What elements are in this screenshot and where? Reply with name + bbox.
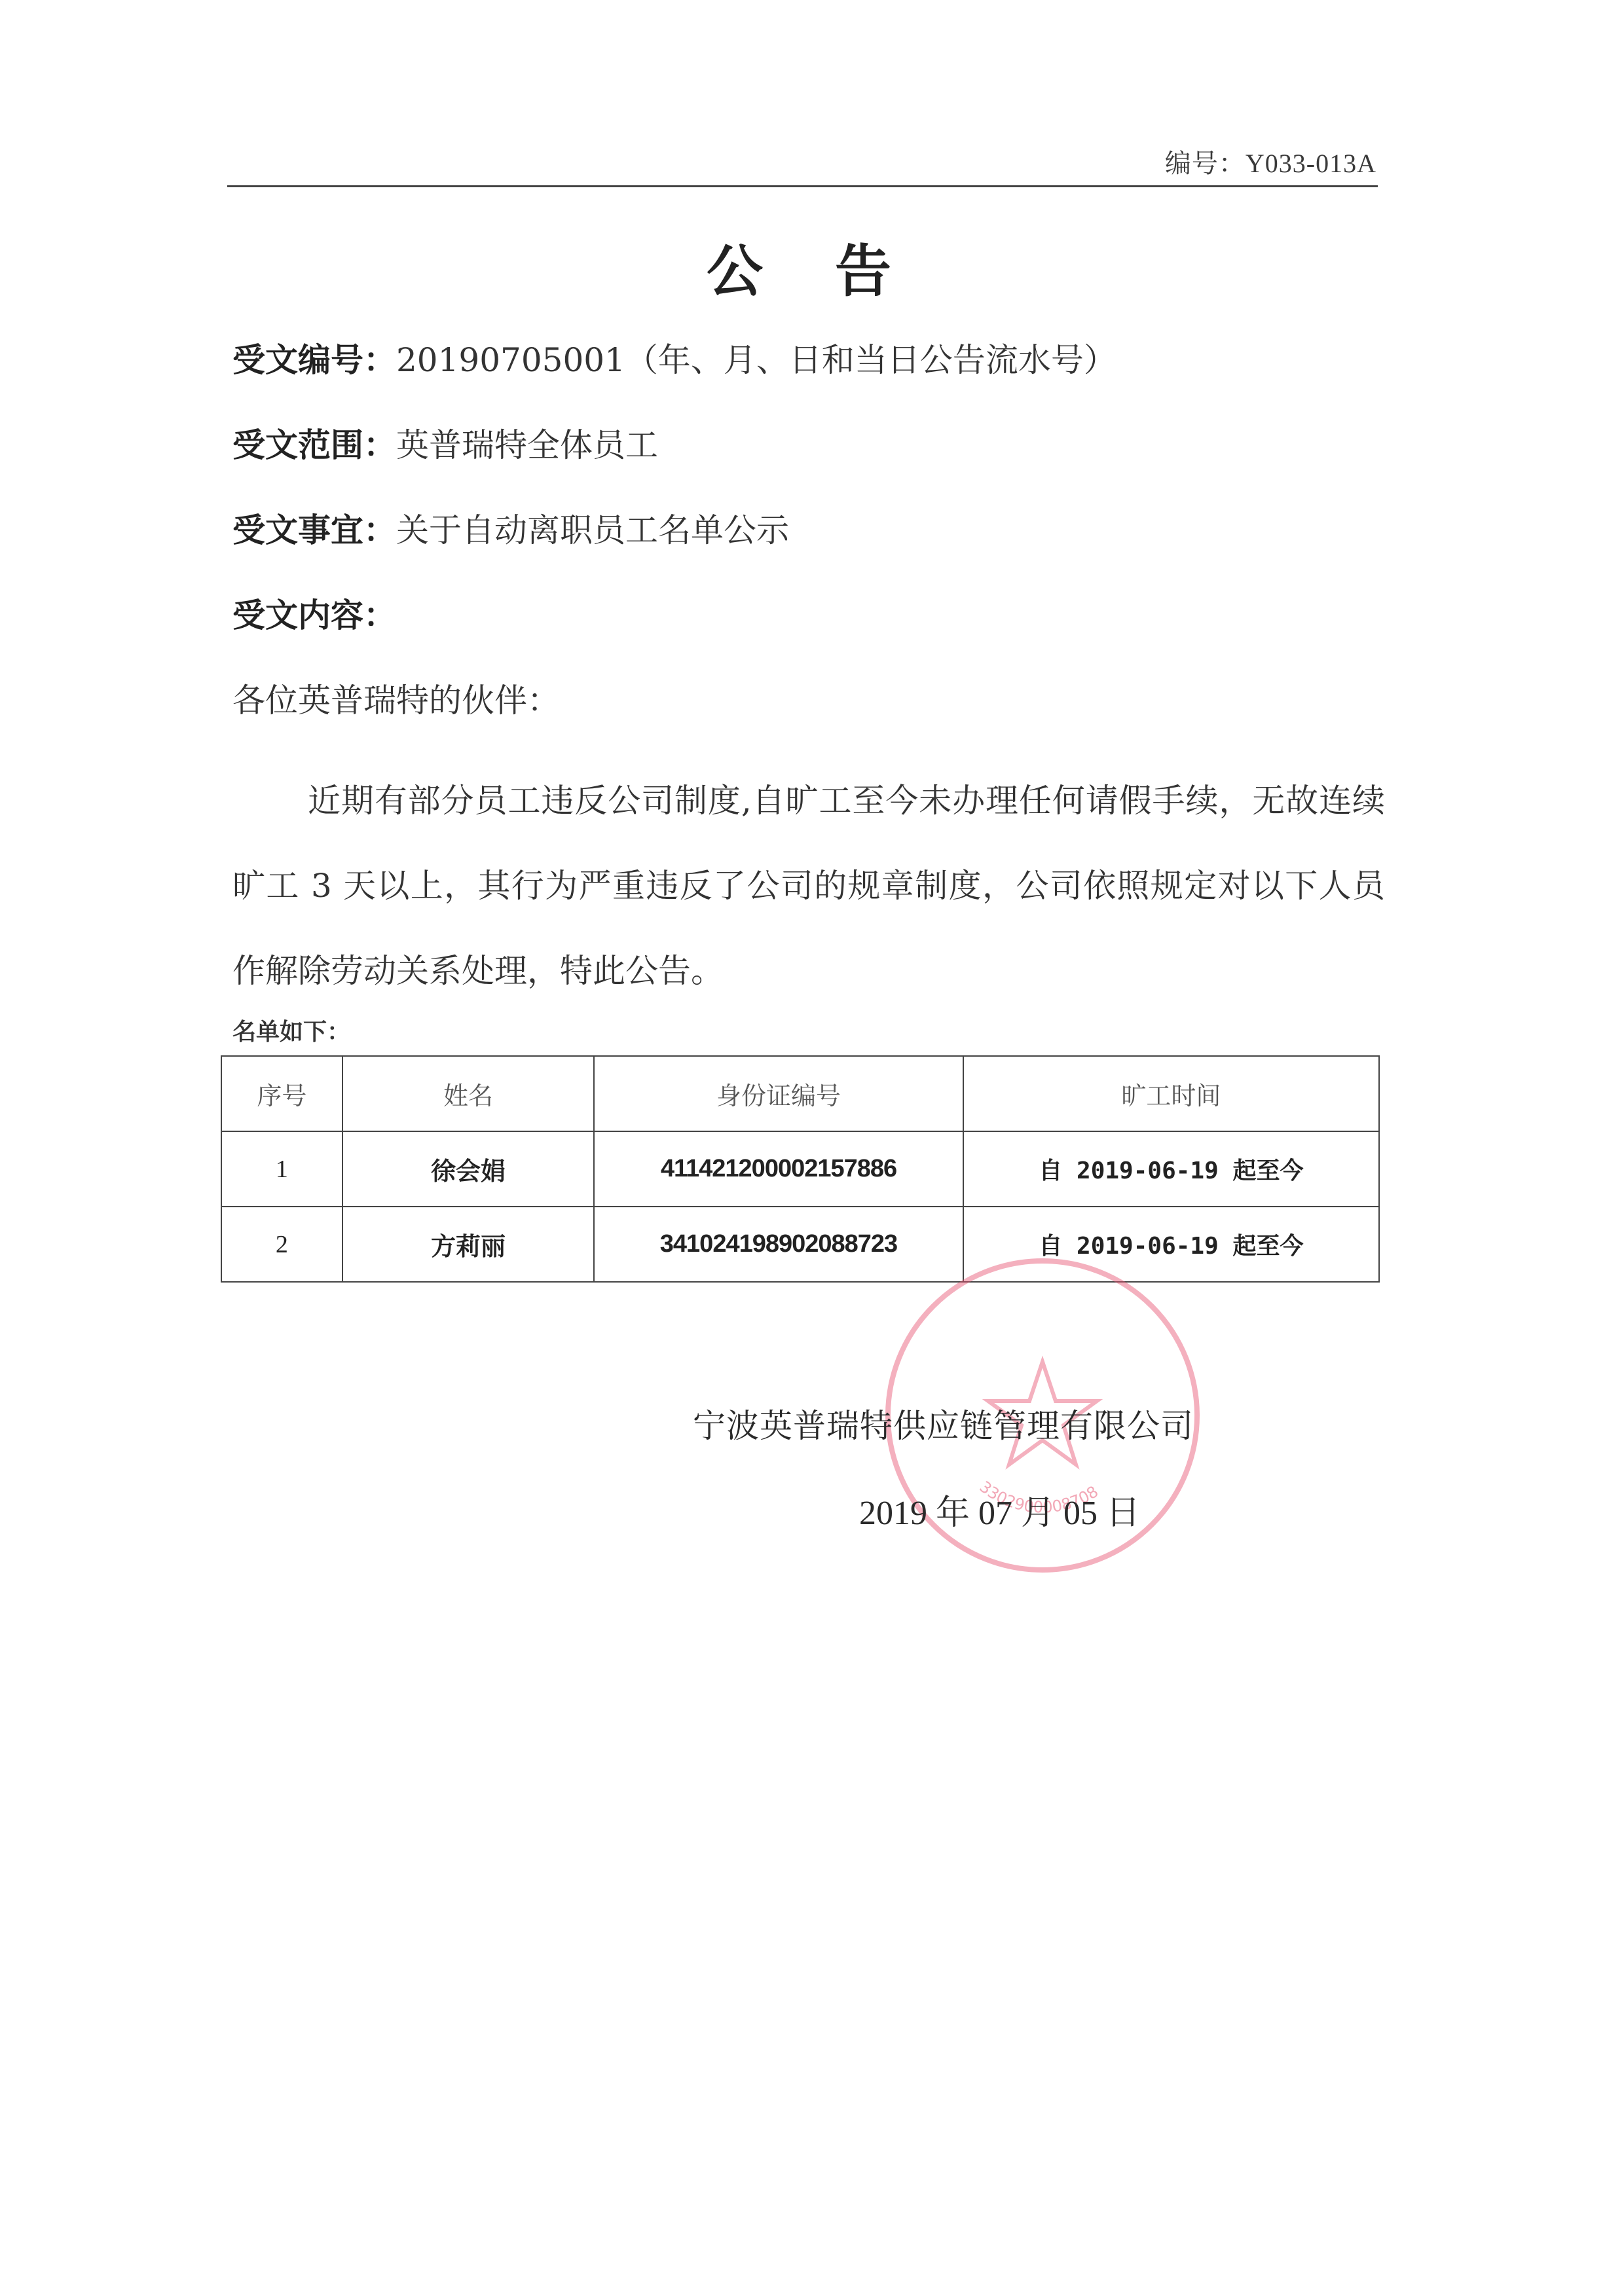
signature-company: 宁波英普瑞特供应链管理有限公司 (693, 1400, 1194, 1447)
table-header-row: 序号 姓名 身份证编号 旷工时间 (221, 1056, 1379, 1131)
column-header-id: 身份证编号 (594, 1056, 963, 1131)
column-header-name: 姓名 (342, 1056, 594, 1131)
greeting: 各位英普瑞特的伙伴： (232, 674, 560, 721)
field-value: 20190705001（年、月、日和当日公告流水号） (396, 341, 1116, 379)
signature-date: 2019 年 07 月 05 日 (859, 1485, 1140, 1534)
field-document-number: 受文编号：20190705001（年、月、日和当日公告流水号） (232, 334, 1116, 381)
field-subject: 受文事宜：关于自动离职员工名单公示 (232, 504, 789, 551)
field-value: 关于自动离职员工名单公示 (396, 511, 789, 549)
cell-name: 方莉丽 (342, 1207, 594, 1282)
body-paragraph: 近期有部分员工违反公司制度,自旷工至今未办理任何请假手续，无故连续旷工 3 天以… (232, 758, 1385, 1013)
field-label: 受文内容： (232, 596, 396, 634)
cell-period: 自 2019-06-19 起至今 (963, 1131, 1379, 1207)
table-row: 2 方莉丽 341024198902088723 自 2019-06-19 起至… (221, 1207, 1379, 1282)
cell-id: 341024198902088723 (594, 1207, 963, 1282)
cell-id: 411421200002157886 (594, 1131, 963, 1207)
document-code: 编号：Y033-013A (1165, 143, 1376, 180)
cell-period: 自 2019-06-19 起至今 (963, 1207, 1379, 1282)
column-header-no: 序号 (221, 1056, 342, 1131)
field-value: 英普瑞特全体员工 (396, 426, 658, 464)
field-label: 受文范围： (232, 426, 396, 464)
cell-no: 2 (221, 1207, 342, 1282)
employee-table: 序号 姓名 身份证编号 旷工时间 1 徐会娟 41142120000215788… (221, 1055, 1380, 1283)
table-row: 1 徐会娟 411421200002157886 自 2019-06-19 起至… (221, 1131, 1379, 1207)
field-scope: 受文范围：英普瑞特全体员工 (232, 419, 658, 466)
cell-no: 1 (221, 1131, 342, 1207)
list-intro: 名单如下： (232, 1013, 350, 1047)
page-title: 公 告 (0, 226, 1624, 307)
field-label: 受文编号： (232, 341, 396, 379)
cell-name: 徐会娟 (342, 1131, 594, 1207)
field-label: 受文事宜： (232, 511, 396, 549)
header-divider (227, 185, 1378, 187)
field-content: 受文内容： (232, 589, 396, 636)
column-header-period: 旷工时间 (963, 1056, 1379, 1131)
